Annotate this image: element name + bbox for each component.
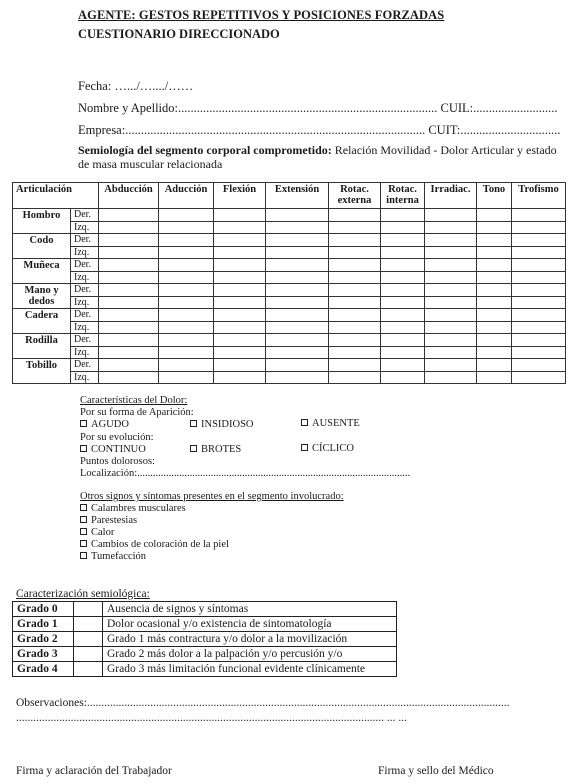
firma-medico: Firma y sello del Médico <box>378 765 494 777</box>
option-label: Calambres musculares <box>91 503 186 514</box>
grid-cell[interactable] <box>214 346 266 359</box>
grid-cell[interactable] <box>425 221 477 234</box>
table-row: TobilloDer. <box>13 359 566 372</box>
checkbox-otros-item[interactable]: Calor <box>80 527 114 538</box>
table-row: Izq. <box>13 296 566 309</box>
grid-cell[interactable] <box>159 284 214 297</box>
table-row: CodoDer. <box>13 234 566 247</box>
grid-cell[interactable] <box>381 221 425 234</box>
grid-cell[interactable] <box>425 246 477 259</box>
option-label: Cambios de coloración de la piel <box>91 539 229 550</box>
option-label: Calor <box>91 527 114 538</box>
grid-cell[interactable] <box>214 296 266 309</box>
checkbox-brotes[interactable]: BROTES <box>190 444 241 455</box>
grid-cell[interactable] <box>381 309 425 322</box>
table-row: Izq. <box>13 346 566 359</box>
cuil-field[interactable]: ........................... <box>473 101 557 115</box>
checkbox-icon[interactable] <box>80 420 87 427</box>
grid-cell[interactable] <box>329 359 381 372</box>
semiologia-heading: Semiología del segmento corporal comprom… <box>78 143 332 157</box>
nombre-label: Nombre y Apellido: <box>78 101 178 115</box>
grid-cell[interactable] <box>99 321 159 334</box>
grade-label: Grado 3 <box>13 647 74 662</box>
grid-cell[interactable] <box>266 296 329 309</box>
grid-cell[interactable] <box>266 346 329 359</box>
grid-cell[interactable] <box>425 259 477 272</box>
grid-cell[interactable] <box>214 246 266 259</box>
grade-row: Grado 0Ausencia de signos y síntomas <box>13 602 397 617</box>
grid-cell[interactable] <box>477 221 512 234</box>
grid-cell[interactable] <box>99 284 159 297</box>
firma-trabajador: Firma y aclaración del Trabajador <box>16 765 172 777</box>
table-row: Izq. <box>13 371 566 384</box>
empresa-row: Empresa:................................… <box>78 123 560 138</box>
grid-cell[interactable] <box>512 334 566 347</box>
grade-check-cell[interactable] <box>74 647 103 662</box>
grid-cell[interactable] <box>99 296 159 309</box>
grid-cell[interactable] <box>159 271 214 284</box>
observaciones-row: Observaciones:..........................… <box>16 697 510 709</box>
grid-cell[interactable] <box>214 321 266 334</box>
header-irradiac: Irradiac. <box>425 183 477 209</box>
grid-cell[interactable] <box>512 296 566 309</box>
grid-cell[interactable] <box>512 221 566 234</box>
grid-cell[interactable] <box>214 259 266 272</box>
observaciones-field[interactable]: ........................................… <box>87 697 510 709</box>
grid-cell[interactable] <box>266 371 329 384</box>
grade-check-cell[interactable] <box>74 632 103 647</box>
grid-cell[interactable] <box>329 334 381 347</box>
grid-cell[interactable] <box>99 346 159 359</box>
grid-cell[interactable] <box>159 296 214 309</box>
grid-cell[interactable] <box>266 209 329 222</box>
side-label: Izq. <box>71 296 99 309</box>
grid-cell[interactable] <box>159 234 214 247</box>
grid-cell[interactable] <box>266 234 329 247</box>
table-row: RodillaDer. <box>13 334 566 347</box>
side-label: Der. <box>71 259 99 272</box>
grid-cell[interactable] <box>214 209 266 222</box>
grade-description: Grado 2 más dolor a la palpación y/o per… <box>103 647 397 662</box>
header-rotac-externa: Rotac. externa <box>329 183 381 209</box>
grid-cell[interactable] <box>266 359 329 372</box>
checkbox-otros-item[interactable]: Calambres musculares <box>80 503 186 514</box>
header-extension: Extensión <box>266 183 329 209</box>
grid-cell[interactable] <box>266 221 329 234</box>
joint-label: Muñeca <box>13 259 71 284</box>
grid-cell[interactable] <box>99 209 159 222</box>
grid-cell[interactable] <box>477 259 512 272</box>
otros-signos-title: Otros signos y síntomas presentes en el … <box>80 491 344 502</box>
grid-cell[interactable] <box>477 346 512 359</box>
joint-label: Rodilla <box>13 334 71 359</box>
header-articulacion: Articulación <box>13 183 99 209</box>
grade-label: Grado 4 <box>13 662 74 677</box>
grid-cell[interactable] <box>477 371 512 384</box>
grid-cell[interactable] <box>214 371 266 384</box>
joint-label: Tobillo <box>13 359 71 384</box>
grid-cell[interactable] <box>329 321 381 334</box>
grade-description: Grado 3 más limitación funcional evident… <box>103 662 397 677</box>
grid-cell[interactable] <box>99 271 159 284</box>
cuit-field[interactable]: ................................ <box>460 123 560 137</box>
joint-label: Codo <box>13 234 71 259</box>
checkbox-ausente[interactable]: AUSENTE <box>301 418 360 429</box>
grid-cell[interactable] <box>381 321 425 334</box>
grid-cell[interactable] <box>425 321 477 334</box>
joint-label: Hombro <box>13 209 71 234</box>
option-label: AUSENTE <box>312 418 360 429</box>
side-label: Izq. <box>71 371 99 384</box>
side-label: Der. <box>71 359 99 372</box>
fecha-value[interactable]: ….../…..../…… <box>114 79 193 93</box>
grid-cell[interactable] <box>214 271 266 284</box>
grid-cell[interactable] <box>381 334 425 347</box>
grade-description: Grado 1 más contractura y/o dolor a la m… <box>103 632 397 647</box>
option-label: Tumefacción <box>91 551 146 562</box>
grid-cell[interactable] <box>99 309 159 322</box>
table-row: Izq. <box>13 221 566 234</box>
checkbox-icon[interactable] <box>80 516 87 523</box>
grid-cell[interactable] <box>477 271 512 284</box>
option-label: INSIDIOSO <box>201 419 254 430</box>
grid-cell[interactable] <box>266 259 329 272</box>
checkbox-icon[interactable] <box>80 504 87 511</box>
joint-label: Cadera <box>13 309 71 334</box>
grid-cell[interactable] <box>381 259 425 272</box>
side-label: Izq. <box>71 321 99 334</box>
checkbox-otros-item[interactable]: Cambios de coloración de la piel <box>80 539 229 550</box>
grid-cell[interactable] <box>381 296 425 309</box>
header-trofismo: Trofismo <box>512 183 566 209</box>
grid-cell[interactable] <box>477 334 512 347</box>
grid-cell[interactable] <box>329 246 381 259</box>
side-label: Der. <box>71 334 99 347</box>
form-subtitle: CUESTIONARIO DIRECCIONADO <box>78 27 280 42</box>
grid-cell[interactable] <box>425 209 477 222</box>
table-row: Mano y dedosDer. <box>13 284 566 297</box>
table-row: MuñecaDer. <box>13 259 566 272</box>
table-row: CaderaDer. <box>13 309 566 322</box>
joint-label: Mano y dedos <box>13 284 71 309</box>
grid-cell[interactable] <box>99 221 159 234</box>
grid-cell[interactable] <box>381 371 425 384</box>
grid-cell[interactable] <box>477 234 512 247</box>
grid-cell[interactable] <box>214 359 266 372</box>
grid-cell[interactable] <box>159 371 214 384</box>
grid-cell[interactable] <box>512 209 566 222</box>
option-label: CÍCLICO <box>312 443 354 454</box>
grid-cell[interactable] <box>214 284 266 297</box>
grid-cell[interactable] <box>512 321 566 334</box>
header-rotac-interna: Rotac. interna <box>381 183 425 209</box>
grade-check-cell[interactable] <box>74 602 103 617</box>
checkbox-ciclico[interactable]: CÍCLICO <box>301 443 354 454</box>
grid-cell[interactable] <box>99 359 159 372</box>
option-label: Parestesias <box>91 515 137 526</box>
grade-label: Grado 1 <box>13 617 74 632</box>
grid-cell[interactable] <box>477 209 512 222</box>
checkbox-icon[interactable] <box>190 420 197 427</box>
grid-cell[interactable] <box>266 309 329 322</box>
checkbox-insidioso[interactable]: INSIDIOSO <box>190 419 254 430</box>
grid-cell[interactable] <box>99 334 159 347</box>
cuil-label: CUIL: <box>441 101 474 115</box>
side-label: Der. <box>71 234 99 247</box>
option-label: BROTES <box>201 444 241 455</box>
grid-cell[interactable] <box>477 321 512 334</box>
grades-table: Grado 0Ausencia de signos y síntomasGrad… <box>12 601 397 677</box>
grid-cell[interactable] <box>266 321 329 334</box>
grid-cell[interactable] <box>425 346 477 359</box>
evolucion-label: Por su evolución: <box>80 432 154 443</box>
grid-cell[interactable] <box>266 284 329 297</box>
grade-row: Grado 3Grado 2 más dolor a la palpación … <box>13 647 397 662</box>
grid-cell[interactable] <box>214 221 266 234</box>
grid-cell[interactable] <box>425 334 477 347</box>
localizacion-row: Localización:...........................… <box>80 468 410 479</box>
grade-label: Grado 0 <box>13 602 74 617</box>
side-label: Der. <box>71 284 99 297</box>
header-abduccion: Abducción <box>99 183 159 209</box>
grid-cell[interactable] <box>99 246 159 259</box>
grid-cell[interactable] <box>159 321 214 334</box>
grid-cell[interactable] <box>477 309 512 322</box>
table-row: Izq. <box>13 246 566 259</box>
side-label: Izq. <box>71 221 99 234</box>
table-row: Izq. <box>13 271 566 284</box>
checkbox-icon[interactable] <box>301 444 308 451</box>
grade-row: Grado 1Dolor ocasional y/o existencia de… <box>13 617 397 632</box>
grid-cell[interactable] <box>381 359 425 372</box>
grid-cell[interactable] <box>266 334 329 347</box>
grade-row: Grado 4Grado 3 más limitación funcional … <box>13 662 397 677</box>
grid-cell[interactable] <box>329 259 381 272</box>
localizacion-label: Localización: <box>80 468 137 479</box>
aparicion-label: Por su forma de Aparición: <box>80 407 194 418</box>
option-label: AGUDO <box>91 419 129 430</box>
grade-description: Dolor ocasional y/o existencia de sintom… <box>103 617 397 632</box>
grid-cell[interactable] <box>477 359 512 372</box>
grid-cell[interactable] <box>381 271 425 284</box>
grid-cell[interactable] <box>99 234 159 247</box>
grid-cell[interactable] <box>477 246 512 259</box>
fecha-label: Fecha: <box>78 79 111 93</box>
checkbox-icon[interactable] <box>190 445 197 452</box>
grid-cell[interactable] <box>425 284 477 297</box>
grade-check-cell[interactable] <box>74 617 103 632</box>
header-tono: Tono <box>477 183 512 209</box>
nombre-field[interactable]: ........................................… <box>178 101 437 115</box>
grid-cell[interactable] <box>425 309 477 322</box>
table-row: Izq. <box>13 321 566 334</box>
side-label: Izq. <box>71 271 99 284</box>
caracterizacion-title: Caracterización semiológica: <box>16 588 150 600</box>
grid-cell[interactable] <box>477 296 512 309</box>
grid-cell[interactable] <box>329 284 381 297</box>
grid-cell[interactable] <box>159 259 214 272</box>
grid-cell[interactable] <box>425 271 477 284</box>
grid-cell[interactable] <box>214 234 266 247</box>
empresa-label: Empresa: <box>78 123 125 137</box>
grid-cell[interactable] <box>512 259 566 272</box>
grid-cell[interactable] <box>477 284 512 297</box>
semiologia-description: Semiología del segmento corporal comprom… <box>78 143 558 171</box>
grid-cell[interactable] <box>159 246 214 259</box>
grid-cell[interactable] <box>381 346 425 359</box>
checkbox-agudo[interactable]: AGUDO <box>80 419 129 430</box>
grid-cell[interactable] <box>512 234 566 247</box>
table-header-row: Articulación Abducción Aducción Flexión … <box>13 183 566 209</box>
grid-cell[interactable] <box>512 284 566 297</box>
grid-cell[interactable] <box>425 359 477 372</box>
form-title: AGENTE: GESTOS REPETITIVOS Y POSICIONES … <box>78 8 444 23</box>
grid-cell[interactable] <box>214 309 266 322</box>
checkbox-otros-item[interactable]: Tumefacción <box>80 551 146 562</box>
side-label: Der. <box>71 309 99 322</box>
header-aduccion: Aducción <box>159 183 214 209</box>
grid-cell[interactable] <box>512 359 566 372</box>
grid-cell[interactable] <box>214 334 266 347</box>
observaciones-label: Observaciones: <box>16 697 87 709</box>
grid-cell[interactable] <box>425 296 477 309</box>
checkbox-otros-item[interactable]: Parestesias <box>80 515 137 526</box>
grid-cell[interactable] <box>381 284 425 297</box>
nombre-row: Nombre y Apellido:......................… <box>78 101 558 116</box>
checkbox-continuo[interactable]: CONTINUO <box>80 444 146 455</box>
grade-description: Ausencia de signos y síntomas <box>103 602 397 617</box>
grid-cell[interactable] <box>381 246 425 259</box>
grade-check-cell[interactable] <box>74 662 103 677</box>
articulation-table: Articulación Abducción Aducción Flexión … <box>12 182 566 384</box>
grade-label: Grado 2 <box>13 632 74 647</box>
grid-cell[interactable] <box>329 271 381 284</box>
grid-cell[interactable] <box>159 209 214 222</box>
checkbox-icon[interactable] <box>301 419 308 426</box>
side-label: Izq. <box>71 346 99 359</box>
fecha-field[interactable]: Fecha: ….../…..../…… <box>78 79 193 94</box>
grid-cell[interactable] <box>329 209 381 222</box>
grade-row: Grado 2Grado 1 más contractura y/o dolor… <box>13 632 397 647</box>
puntos-dolorosos-label: Puntos dolorosos: <box>80 456 155 467</box>
header-flexion: Flexión <box>214 183 266 209</box>
grid-cell[interactable] <box>512 371 566 384</box>
grid-cell[interactable] <box>266 246 329 259</box>
grid-cell[interactable] <box>329 309 381 322</box>
grid-cell[interactable] <box>159 221 214 234</box>
grid-cell[interactable] <box>159 334 214 347</box>
grid-cell[interactable] <box>329 234 381 247</box>
side-label: Izq. <box>71 246 99 259</box>
grid-cell[interactable] <box>329 296 381 309</box>
grid-cell[interactable] <box>381 234 425 247</box>
grid-cell[interactable] <box>329 221 381 234</box>
grid-cell[interactable] <box>512 246 566 259</box>
table-row: HombroDer. <box>13 209 566 222</box>
grid-cell[interactable] <box>159 309 214 322</box>
grid-cell[interactable] <box>512 271 566 284</box>
grid-cell[interactable] <box>99 371 159 384</box>
localizacion-field[interactable]: ........................................… <box>137 468 410 479</box>
checkbox-icon[interactable] <box>80 528 87 535</box>
grid-cell[interactable] <box>425 234 477 247</box>
grid-cell[interactable] <box>329 371 381 384</box>
dolor-title: Características del Dolor: <box>80 395 187 406</box>
grid-cell[interactable] <box>159 346 214 359</box>
grid-cell[interactable] <box>512 346 566 359</box>
grid-cell[interactable] <box>266 271 329 284</box>
checkbox-icon[interactable] <box>80 552 87 559</box>
observaciones-field-line2[interactable]: ........................................… <box>16 712 407 724</box>
grid-cell[interactable] <box>425 371 477 384</box>
checkbox-icon[interactable] <box>80 540 87 547</box>
option-label: CONTINUO <box>91 444 146 455</box>
grid-cell[interactable] <box>381 209 425 222</box>
cuit-label: CUIT: <box>428 123 460 137</box>
grid-cell[interactable] <box>329 346 381 359</box>
grid-cell[interactable] <box>159 359 214 372</box>
grid-cell[interactable] <box>512 309 566 322</box>
empresa-field[interactable]: ........................................… <box>125 123 425 137</box>
side-label: Der. <box>71 209 99 222</box>
checkbox-icon[interactable] <box>80 445 87 452</box>
grid-cell[interactable] <box>99 259 159 272</box>
